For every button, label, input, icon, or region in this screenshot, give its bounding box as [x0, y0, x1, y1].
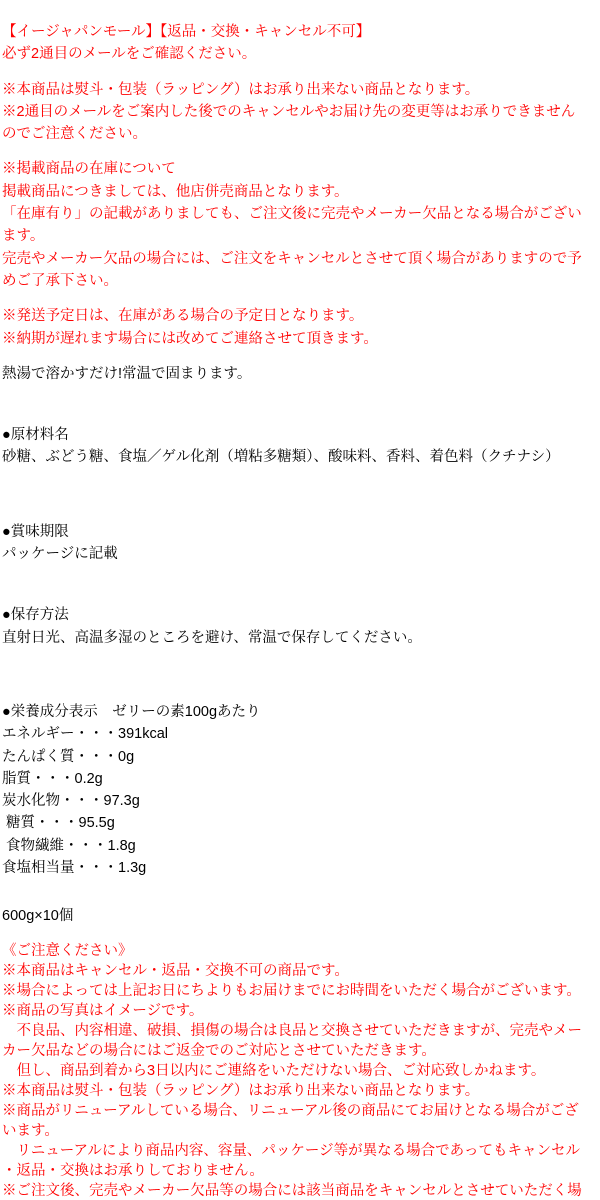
- text-line: 脂質・・・0.2g: [2, 768, 600, 790]
- text-line: 600g×10個: [2, 905, 600, 927]
- text-line: 食物繊維・・・1.8g: [2, 835, 600, 857]
- text-line: 熱湯で溶かすだけ!常温で固まります。: [2, 363, 600, 385]
- text-line: ●保存方法: [2, 604, 600, 626]
- blank-line: [2, 892, 600, 905]
- text-line: 《ご注意ください》: [2, 941, 600, 961]
- text-line: めご了承下さい。: [2, 270, 600, 292]
- text-line: 糖質・・・95.5g: [2, 812, 600, 834]
- text-line: ※2通目のメールをご案内した後でのキャンセルやお届け先の変更等はお承りできません: [2, 101, 600, 123]
- text-line: 必ず2通目のメールをご確認ください。: [2, 43, 600, 65]
- blank-line: [2, 591, 600, 604]
- text-line: ます。: [2, 225, 600, 247]
- text-line: カー欠品などの場合にはご返金でのご対応とさせていただきます。: [2, 1041, 600, 1061]
- blank-line: [2, 411, 600, 424]
- text-line: ※本商品はキャンセル・返品・交換不可の商品です。: [2, 961, 600, 981]
- text-line: 炭水化物・・・97.3g: [2, 790, 600, 812]
- blank-line: [2, 66, 600, 79]
- text-line: 食塩相当量・・・1.3g: [2, 857, 600, 879]
- text-line: ※商品がリニューアルしている場合、リニューアル後の商品にてお届けとなる場合がござ: [2, 1101, 600, 1121]
- text-line: エネルギー・・・391kcal: [2, 723, 600, 745]
- text-line: 砂糖、ぶどう糖、食塩／ゲル化剤（増粘多糖類）、酸味料、香料、着色料（クチナシ）: [2, 446, 600, 468]
- blank-line: [2, 292, 600, 305]
- blank-line: [2, 662, 600, 675]
- text-line: ※ご注文後、完売やメーカー欠品等の場合には該当商品をキャンセルとさせていただく場: [2, 1181, 600, 1200]
- blank-line: [2, 145, 600, 158]
- blank-line: [2, 495, 600, 508]
- text-line: 不良品、内容相違、破損、損傷の場合は良品と交換させていただきますが、完売やメー: [2, 1021, 600, 1041]
- text-line: います。: [2, 1121, 600, 1141]
- text-line: 直射日光、高温多湿のところを避け、常温で保存してください。: [2, 627, 600, 649]
- blank-line: [2, 675, 600, 688]
- text-line: ●原材料名: [2, 424, 600, 446]
- product-description-document: 【イージャパンモール】【返品・交換・キャンセル不可】 必ず2通目のメールをご確認…: [0, 0, 600, 1200]
- text-line: ※本商品は熨斗・包装（ラッピング）はお承り出来ない商品となります。: [2, 1081, 600, 1101]
- text-line: 但し、商品到着から3日以内にご連絡をいただけない場合、ご対応致しかねます。: [2, 1061, 600, 1081]
- text-line: ●栄養成分表示 ゼリーの素100gあたり: [2, 701, 600, 723]
- blank-line: [2, 508, 600, 521]
- text-line: のでご注意ください。: [2, 123, 600, 145]
- blank-line: [2, 578, 600, 591]
- text-line: 掲載商品につきましては、他店併売商品となります。: [2, 181, 600, 203]
- blank-line: [2, 879, 600, 892]
- blank-line: [2, 649, 600, 662]
- description-lines: 【イージャパンモール】【返品・交換・キャンセル不可】 必ず2通目のメールをご確認…: [2, 21, 600, 1200]
- text-line: ※発送予定日は、在庫がある場合の予定日となります。: [2, 305, 600, 327]
- text-line: ※商品の写真はイメージです。: [2, 1001, 600, 1021]
- blank-line: [2, 482, 600, 495]
- text-line: ※本商品は熨斗・包装（ラッピング）はお承り出来ない商品となります。: [2, 79, 600, 101]
- text-line: リニューアルにより商品内容、容量、パッケージ等が異なる場合であってもキャンセル: [2, 1141, 600, 1161]
- text-line: ※場合によっては上記お日にちよりもお届けまでにお時間をいただく場合がございます。: [2, 981, 600, 1001]
- blank-line: [2, 398, 600, 411]
- blank-line: [2, 688, 600, 701]
- text-line: 「在庫有り」の記載がありましても、ご注文後に完売やメーカー欠品となる場合がござい: [2, 203, 600, 225]
- text-line: ●賞味期限: [2, 521, 600, 543]
- blank-line: [2, 928, 600, 941]
- blank-line: [2, 469, 600, 482]
- text-line: ※納期が遅れます場合には改めてご連絡させて頂きます。: [2, 328, 600, 350]
- blank-line: [2, 565, 600, 578]
- blank-line: [2, 385, 600, 398]
- blank-line: [2, 350, 600, 363]
- text-line: パッケージに記載: [2, 543, 600, 565]
- text-line: ※掲載商品の在庫について: [2, 158, 600, 180]
- text-line: ・返品・交換はお承りしておりません。: [2, 1161, 600, 1181]
- text-line: 完売やメーカー欠品の場合には、ご注文をキャンセルとさせて頂く場合がありますので予: [2, 248, 600, 270]
- text-line: たんぱく質・・・0g: [2, 746, 600, 768]
- text-line: 【イージャパンモール】【返品・交換・キャンセル不可】: [2, 21, 600, 43]
